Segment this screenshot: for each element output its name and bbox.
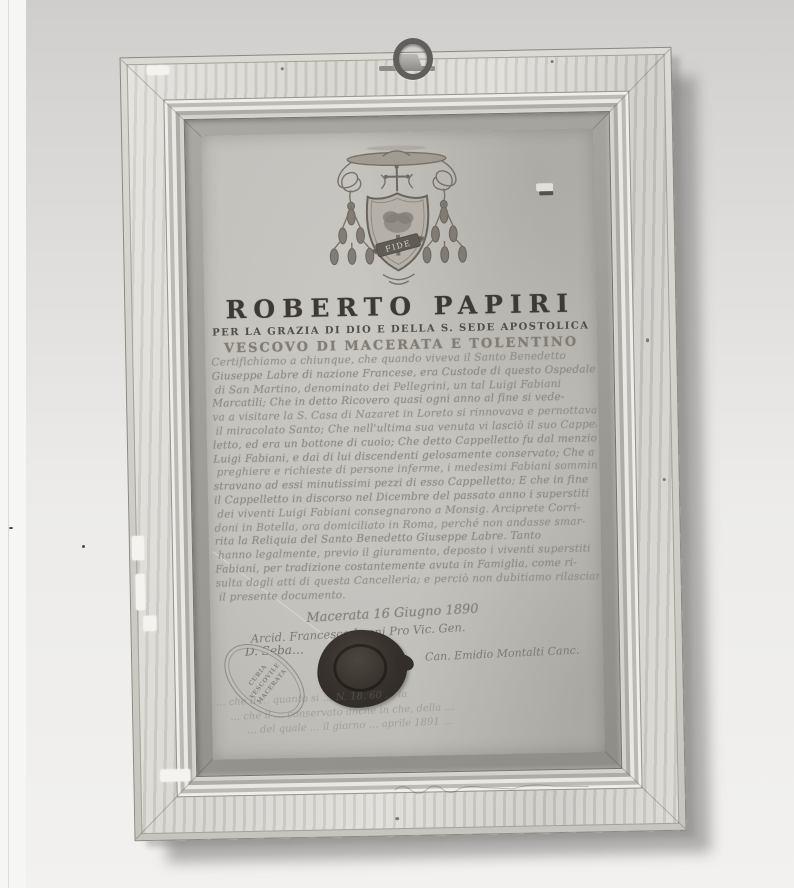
paint-chip <box>147 65 169 74</box>
frame-speck <box>646 338 649 342</box>
document-title: ROBERTO PAPIRI <box>204 288 596 325</box>
paint-chip <box>143 616 156 631</box>
hanging-ring-icon <box>393 38 433 80</box>
photo-margin-strip <box>0 0 26 888</box>
signature-chancellor: Can. Emidio Montalti Canc. <box>425 644 580 664</box>
paint-chip <box>132 536 144 560</box>
wall-speck <box>9 527 13 529</box>
paint-chip <box>135 574 145 610</box>
picture-frame: FIDE <box>120 47 687 841</box>
frame-speck <box>663 478 666 481</box>
frame-speck <box>281 67 284 70</box>
frame-speck <box>551 60 554 63</box>
photograph-of-framed-certificate: FIDE <box>0 0 794 888</box>
paint-chip <box>160 769 190 782</box>
wall-speck <box>82 545 85 548</box>
handwritten-body: Certifichiamo a chiunque, che quando viv… <box>211 349 600 605</box>
certificate-document: FIDE <box>201 128 605 759</box>
frame-speck <box>395 817 399 820</box>
bishop-coat-of-arms: FIDE <box>316 143 479 294</box>
photo-edge-line <box>8 0 9 888</box>
paper-blemish <box>539 191 553 195</box>
